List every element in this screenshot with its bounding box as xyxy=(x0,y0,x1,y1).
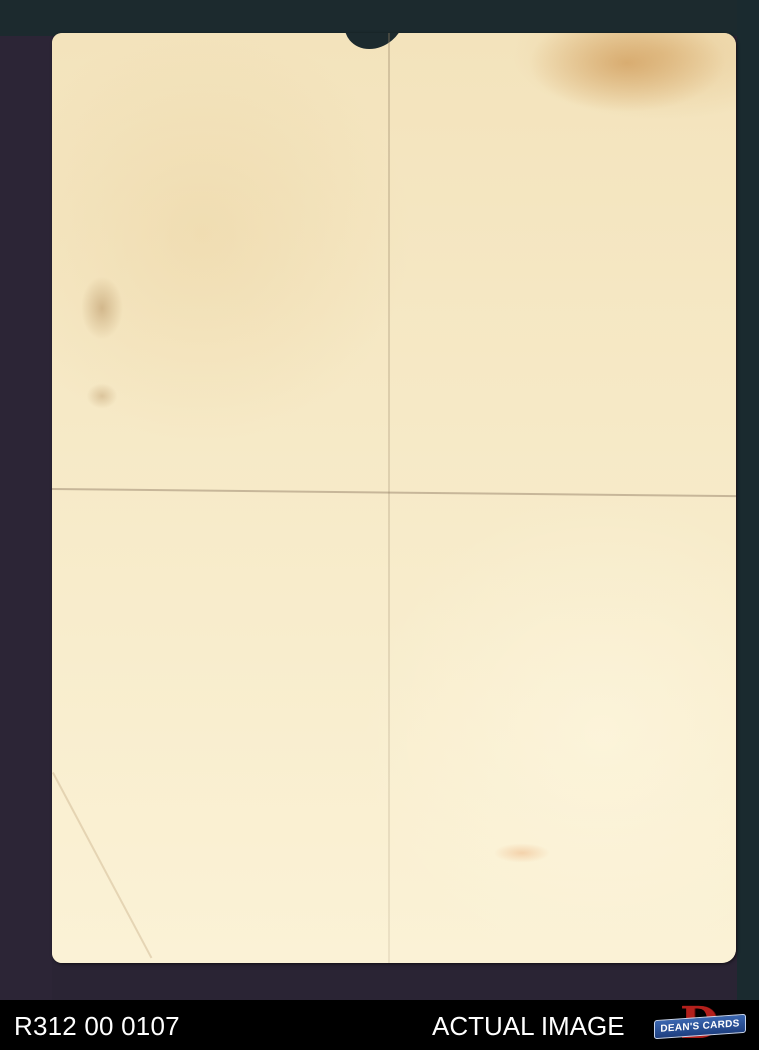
scan-background-left xyxy=(0,36,52,1000)
card-back xyxy=(52,33,736,963)
footer-bar: R312 00 0107 ACTUAL IMAGE D DEAN'S CARDS xyxy=(0,1000,759,1050)
deans-cards-logo: D DEAN'S CARDS xyxy=(652,1004,748,1046)
scan-background-top xyxy=(0,0,759,36)
horizontal-crease xyxy=(52,488,736,497)
corner-crease xyxy=(52,772,152,958)
item-code: R312 00 0107 xyxy=(14,1011,180,1042)
vertical-crease xyxy=(388,33,390,963)
scan-background-right xyxy=(737,0,759,1000)
torn-notch xyxy=(339,33,404,49)
actual-image-label: ACTUAL IMAGE xyxy=(432,1011,625,1042)
card-scan-area xyxy=(0,0,759,1000)
logo-banner: DEAN'S CARDS xyxy=(654,1014,746,1039)
logo-banner-text: DEAN'S CARDS xyxy=(660,1018,739,1035)
